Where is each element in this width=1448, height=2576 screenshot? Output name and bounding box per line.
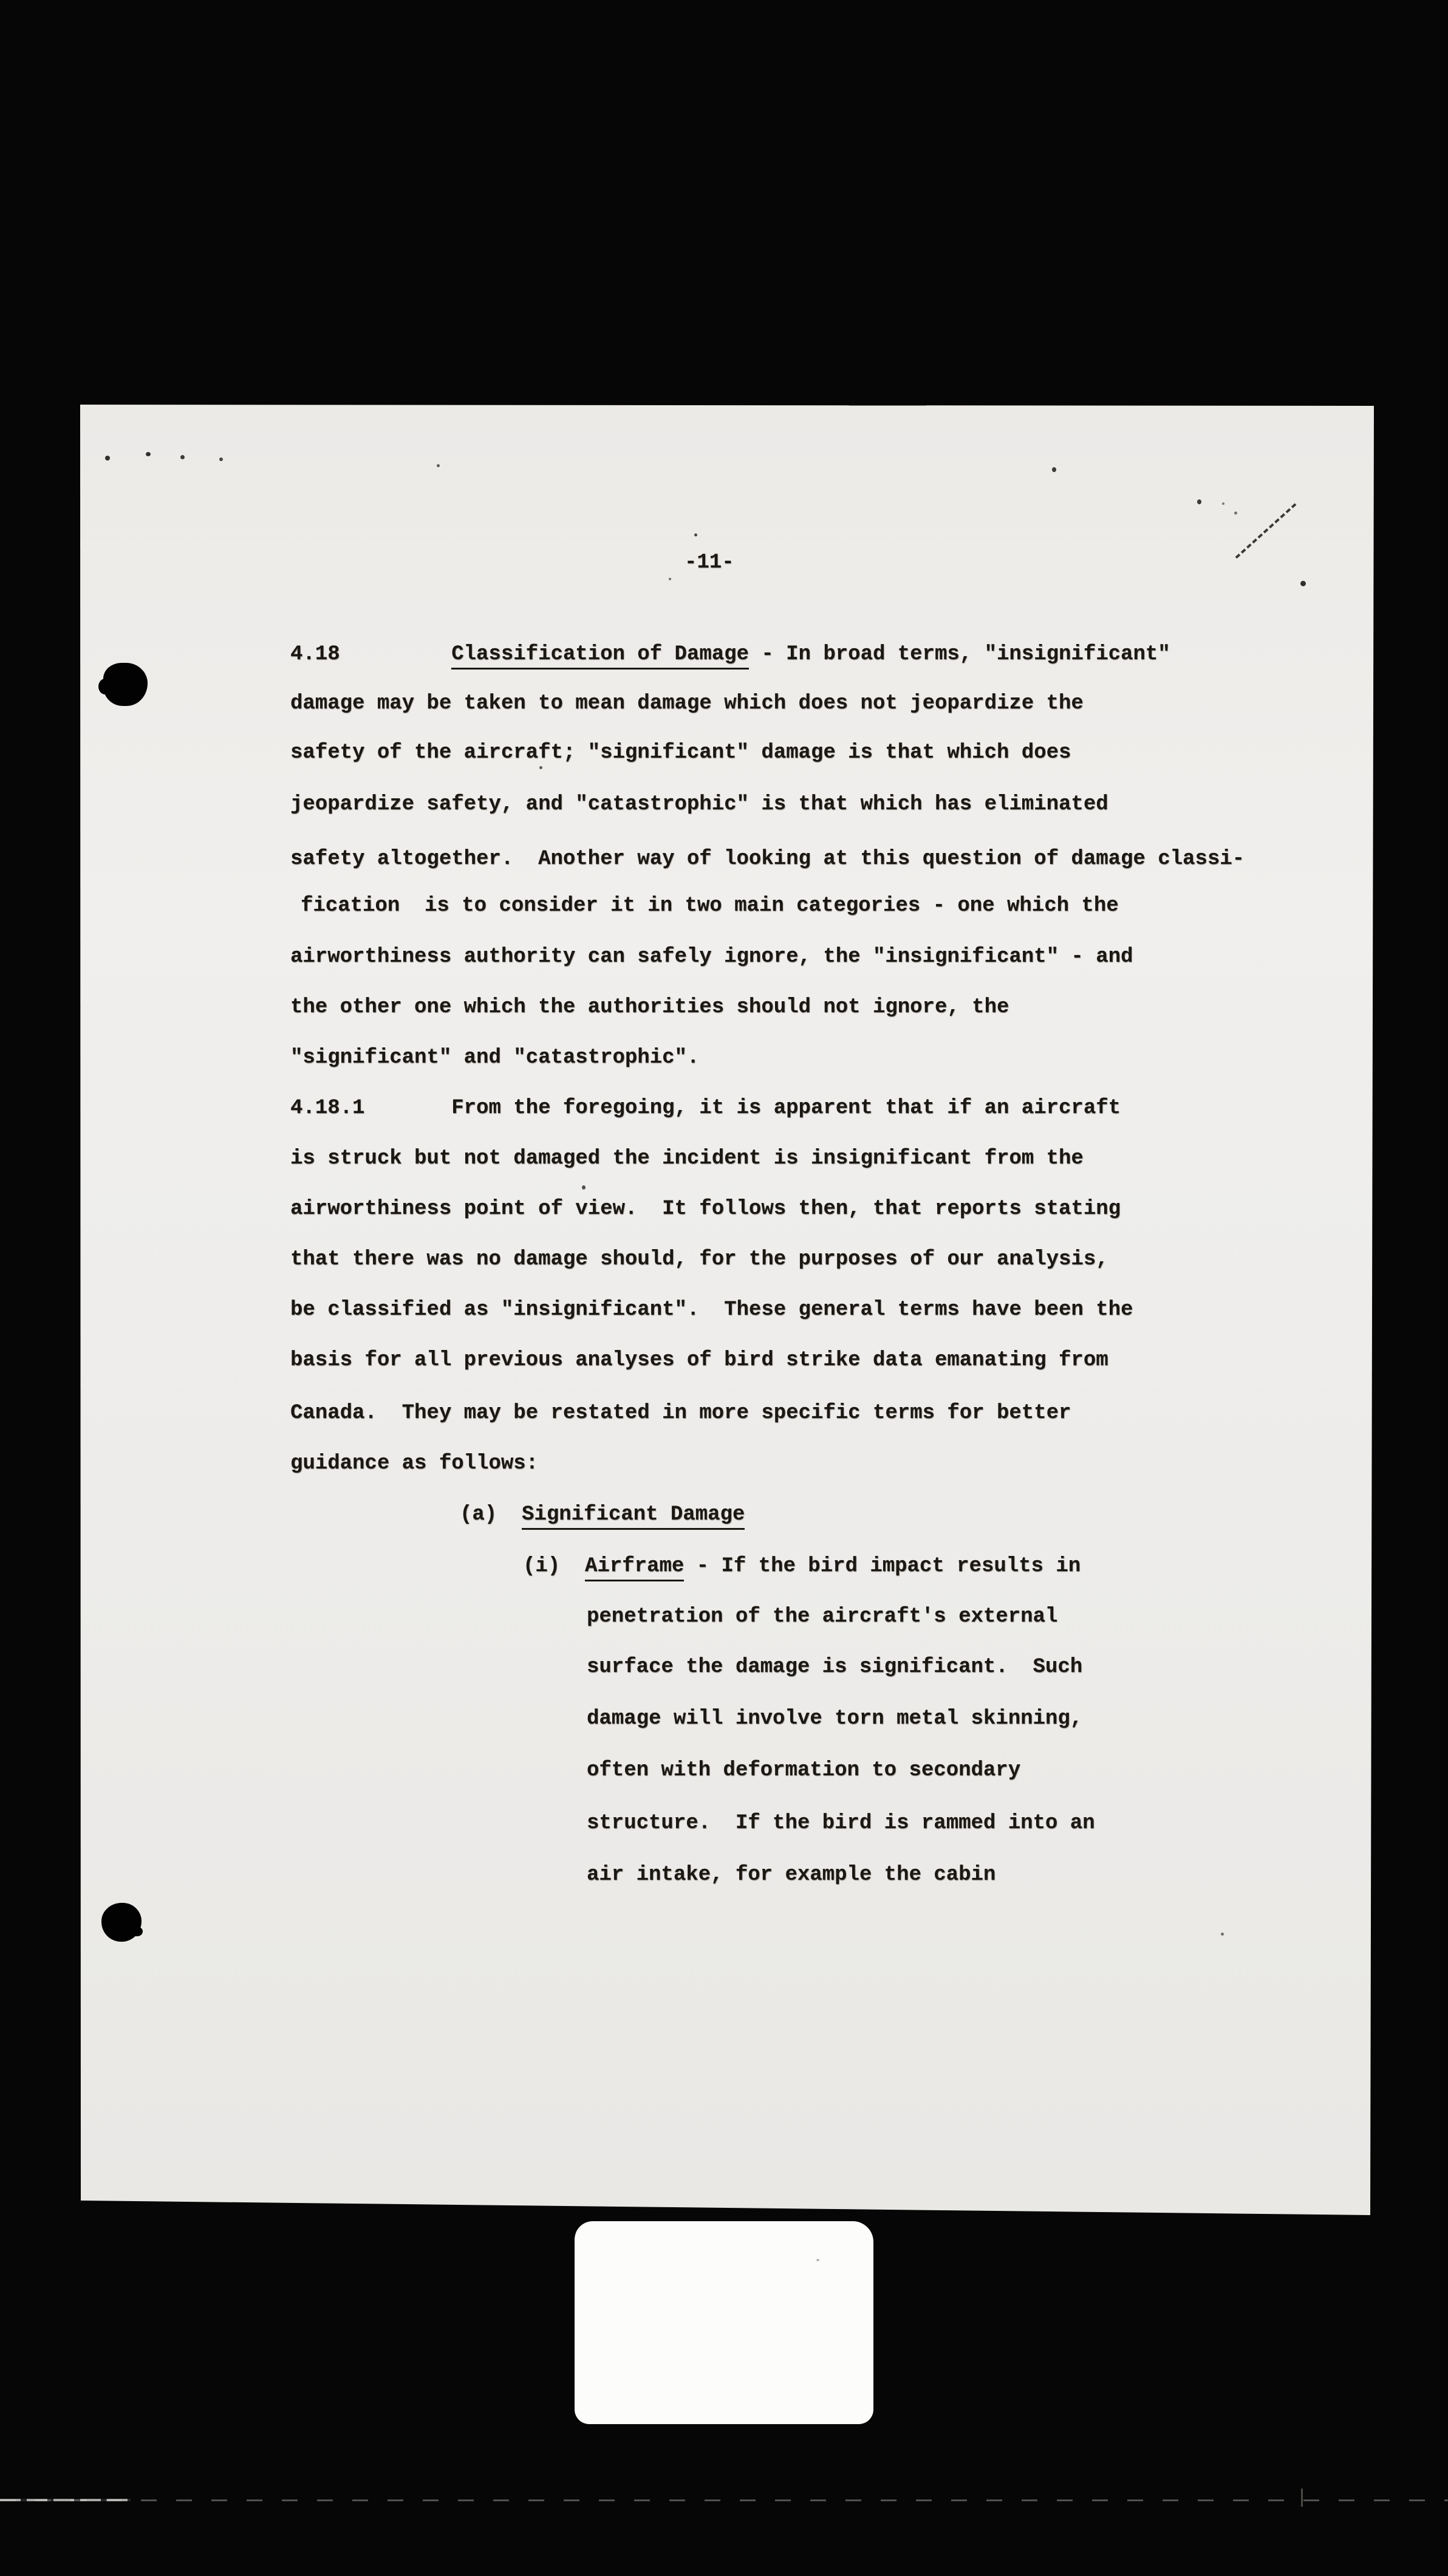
typed-line: 4.18.1 From the foregoing, it is apparen… [290,1096,1121,1120]
scan-background: -11- 4.18 Classification of Damage - In … [0,0,1448,2576]
typed-text: safety altogether. Another way of lookin… [290,848,1245,871]
dust-speck [582,1185,586,1190]
typed-text: damage may be taken to mean damage which… [290,692,1084,715]
dust-speck [539,766,542,769]
typed-line: 4.18 Classification of Damage - In broad… [290,642,1170,666]
typed-line: jeopardize safety, and "catastrophic" is… [290,792,1108,817]
dust-speck [816,2259,819,2261]
typed-text: jeopardize safety, and "catastrophic" is… [290,793,1108,816]
typed-line: basis for all previous analyses of bird … [290,1348,1108,1372]
typed-line: fication is to consider it in two main c… [301,894,1119,918]
dust-speck [219,457,223,461]
typed-text: is struck but not damaged the incident i… [290,1147,1084,1170]
typed-text: airworthiness point of view. It follows … [290,1197,1121,1221]
typed-line: be classified as "insignificant". These … [290,1298,1133,1322]
dust-speck [1300,581,1306,586]
typed-text: basis for all previous analyses of bird … [290,1349,1108,1372]
typed-line: often with deformation to secondary [587,1758,1020,1783]
typed-text: that there was no damage should, for the… [290,1248,1108,1271]
typed-line: (i) Airframe - If the bird impact result… [523,1554,1081,1578]
dust-speck [1221,1933,1224,1936]
typed-line: safety altogether. Another way of lookin… [290,847,1245,871]
typed-text: surface the damage is significant. Such [587,1656,1082,1679]
typed-line: damage may be taken to mean damage which… [290,691,1084,716]
hole-punch-mark [103,663,148,706]
typed-text: - If the bird impact results in [684,1555,1081,1578]
typed-text: Canada. They may be restated in more spe… [290,1402,1071,1425]
typed-text: 4.18 [290,643,451,666]
underlined-heading: Significant Damage [522,1503,745,1530]
typed-text: often with deformation to secondary [587,1759,1020,1782]
dust-speck [437,464,440,467]
underlined-heading: Classification of Damage [451,643,749,670]
typed-line: structure. If the bird is rammed into an [587,1811,1095,1835]
calibration-patch [575,2221,873,2424]
dust-speck [146,452,151,456]
dust-speck [1052,467,1056,472]
dust-speck [694,533,697,536]
typed-line: penetration of the aircraft's external [587,1605,1057,1629]
typed-text: the other one which the authorities shou… [290,996,1009,1019]
dust-speck [1222,502,1224,505]
typed-text: (i) [523,1555,585,1578]
typed-text: guidance as follows: [290,1452,538,1475]
typed-text: (a) [460,1503,522,1526]
dust-speck [1197,499,1201,504]
typed-line: airworthiness authority can safely ignor… [290,945,1133,969]
typed-text: - In broad terms, "insignificant" [749,643,1170,666]
page-number: -11- [685,550,734,575]
dust-speck [180,455,185,459]
typed-line: safety of the aircraft; "significant" da… [290,741,1071,765]
typed-line: (a) Significant Damage [460,1502,745,1527]
typed-text: "significant" and "catastrophic". [290,1046,699,1069]
underlined-heading: Airframe [585,1555,684,1581]
typed-text: fication is to consider it in two main c… [301,894,1119,917]
hole-punch-mark [101,1903,142,1942]
typed-text: damage will involve torn metal skinning, [587,1707,1082,1730]
scan-artifact-line [0,2499,131,2501]
typed-text: safety of the aircraft; "significant" da… [290,741,1071,764]
dust-speck [105,456,110,461]
typed-text: be classified as "insignificant". These … [290,1298,1133,1321]
typed-text: structure. If the bird is rammed into an [587,1812,1095,1835]
typed-text: penetration of the aircraft's external [587,1605,1057,1628]
dust-speck [1234,512,1237,515]
typed-text: 4.18.1 From the foregoing, it is apparen… [290,1097,1121,1120]
typed-line: airworthiness point of view. It follows … [290,1197,1121,1221]
typed-line: air intake, for example the cabin [587,1863,995,1887]
scan-artifact-tick [1301,2489,1303,2507]
typed-line: surface the damage is significant. Such [587,1655,1082,1679]
typed-line: the other one which the authorities shou… [290,995,1009,1019]
typed-line: guidance as follows: [290,1451,538,1476]
typed-line: damage will involve torn metal skinning, [587,1707,1082,1731]
typed-text: air intake, for example the cabin [587,1863,995,1886]
typed-line: Canada. They may be restated in more spe… [290,1401,1071,1425]
scan-artifact-line [0,2499,1448,2501]
dust-speck [669,578,671,580]
typed-text: airworthiness authority can safely ignor… [290,945,1133,968]
typed-line: that there was no damage should, for the… [290,1247,1108,1272]
typed-line: "significant" and "catastrophic". [290,1046,699,1070]
typed-line: is struck but not damaged the incident i… [290,1146,1084,1171]
